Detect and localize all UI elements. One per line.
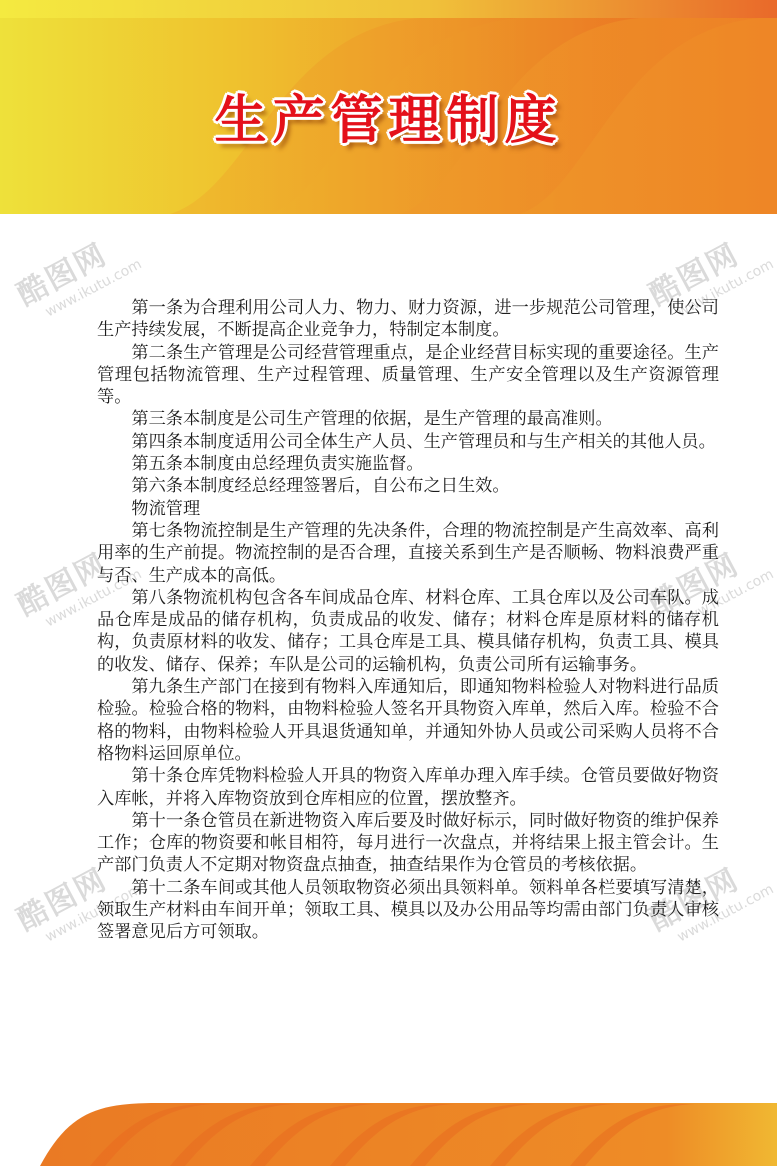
paragraph-article-6: 第六条本制度经总经理签署后，自公布之日生效。 (97, 475, 719, 497)
paragraph-article-3: 第三条本制度是公司生产管理的依据，是生产管理的最高准则。 (97, 408, 719, 430)
paragraph-article-12: 第十二条车间或其他人员领取物资必须出具领料单。领料单各栏要填写清楚，领取生产材料… (97, 877, 719, 944)
header-banner: 生产管理制度 (0, 0, 777, 214)
footer-wave-decoration (0, 1100, 777, 1166)
paragraph-article-8: 第八条物流机构包含各车间成品仓库、材料仓库、工具仓库以及公司车队。成品仓库是成品… (97, 587, 719, 676)
section-heading-logistics: 物流管理 (97, 498, 719, 520)
paragraph-article-1: 第一条为合理利用公司人力、物力、财力资源，进一步规范公司管理，使公司生产持续发展… (97, 297, 719, 342)
paragraph-article-7: 第七条物流控制是生产管理的先决条件，合理的物流控制是产生高效率、高利用率的生产前… (97, 520, 719, 587)
paragraph-article-10: 第十条仓库凭物料检验人开具的物资入库单办理入库手续。仓管员要做好物资入库帐，并将… (97, 765, 719, 810)
paragraph-article-11: 第十一条仓管员在新进物资入库后要及时做好标示，同时做好物资的维护保养工作；仓库的… (97, 810, 719, 877)
paragraph-article-2: 第二条生产管理是公司经营管理重点，是企业经营目标实现的重要途径。生产管理包括物流… (97, 342, 719, 409)
paragraph-article-5: 第五条本制度由总经理负责实施监督。 (97, 453, 719, 475)
poster-title: 生产管理制度 (0, 78, 777, 153)
paragraph-article-9: 第九条生产部门在接到有物料入库通知后，即通知物料检验人对物料进行品质检验。检验合… (97, 676, 719, 765)
regulation-body: 第一条为合理利用公司人力、物力、财力资源，进一步规范公司管理，使公司生产持续发展… (97, 297, 719, 944)
paragraph-article-4: 第四条本制度适用公司全体生产人员、生产管理员和与生产相关的其他人员。 (97, 431, 719, 453)
